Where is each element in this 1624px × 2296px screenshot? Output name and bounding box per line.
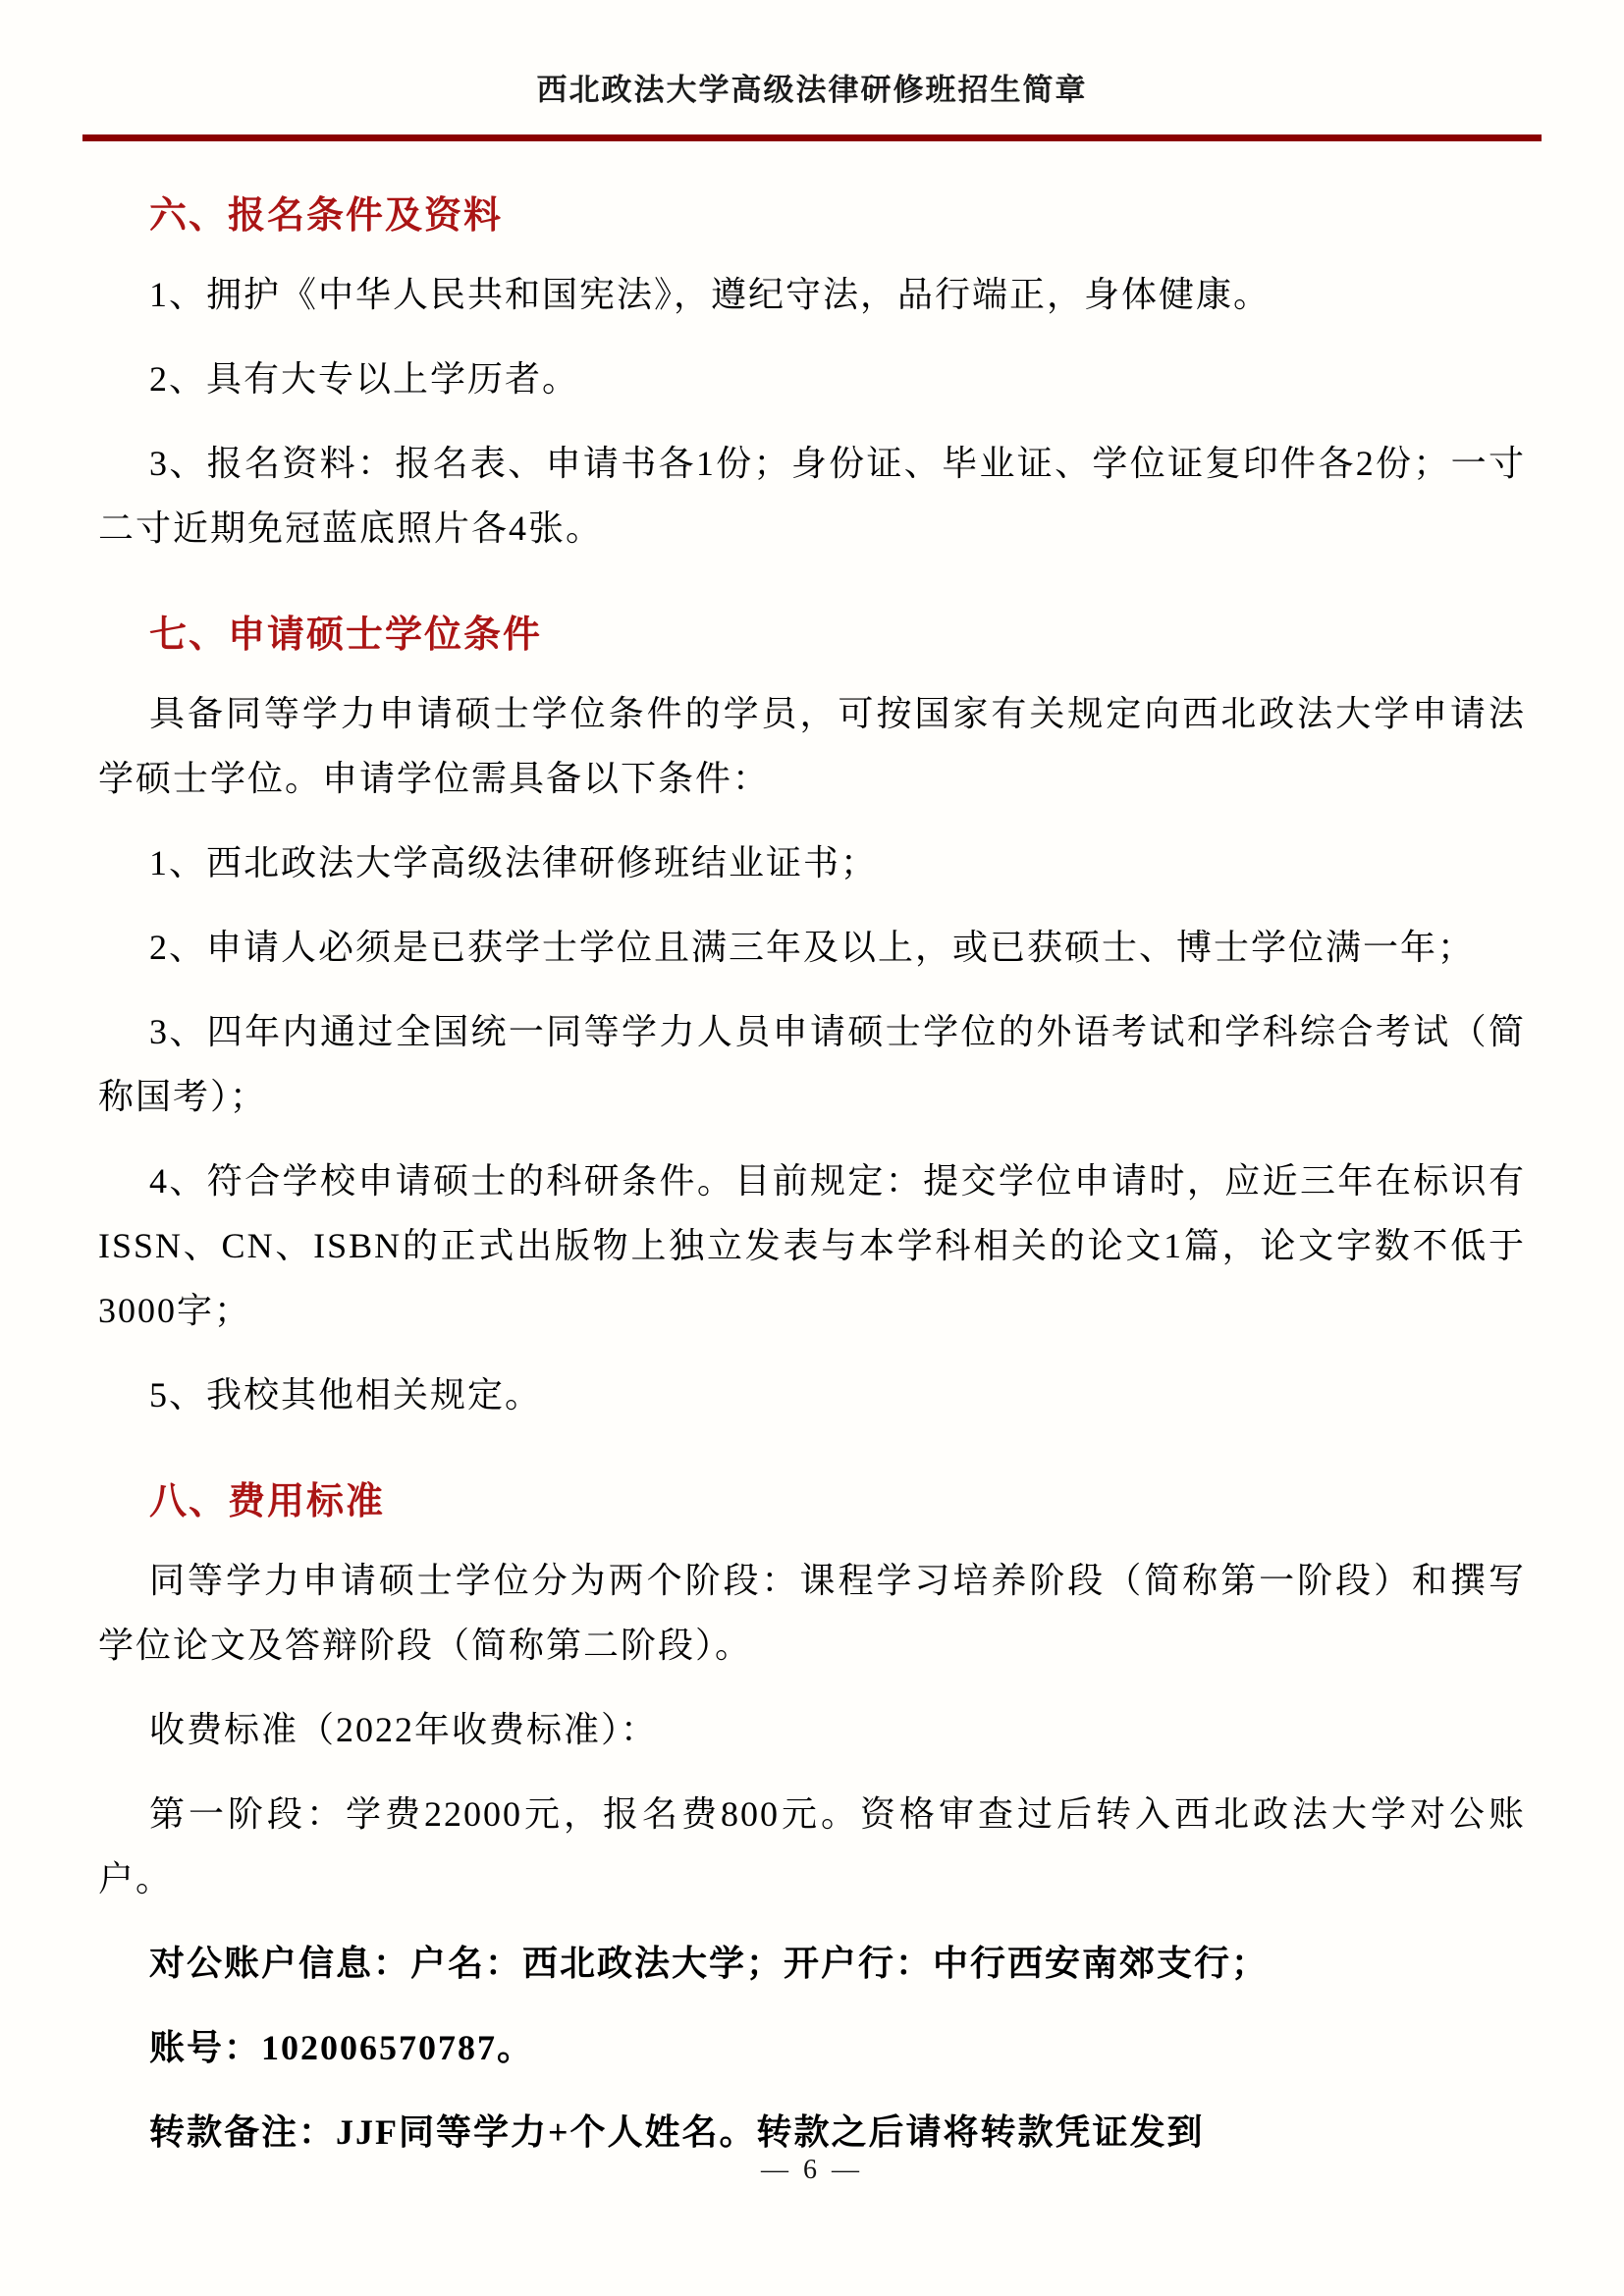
page-title: 西北政法大学高级法律研修班招生简章 xyxy=(0,0,1624,109)
paragraph: 5、我校其他相关规定。 xyxy=(98,1362,1526,1427)
paragraph: 2、具有大专以上学历者。 xyxy=(98,347,1526,411)
section-heading-masters-degree-conditions: 七、申请硕士学位条件 xyxy=(98,604,1526,658)
footer-page-number: — 6 — xyxy=(0,2155,1624,2186)
section-heading-fee-standard: 八、费用标准 xyxy=(98,1470,1526,1524)
paragraph: 收费标准（2022年收费标准）： xyxy=(98,1697,1526,1762)
paragraph: 具备同等学力申请硕士学位条件的学员，可按国家有关规定向西北政法大学申请法学硕士学… xyxy=(98,681,1526,811)
section-heading-application-requirements: 六、报名条件及资料 xyxy=(98,185,1526,239)
paragraph: 3、报名资料：报名表、申请书各1份；身份证、毕业证、学位证复印件各2份；一寸二寸… xyxy=(98,431,1526,561)
paragraph: 1、西北政法大学高级法律研修班结业证书； xyxy=(98,830,1526,895)
header-rule xyxy=(82,134,1542,141)
paragraph: 4、符合学校申请硕士的科研条件。目前规定：提交学位申请时，应近三年在标识有ISS… xyxy=(98,1148,1526,1343)
paragraph-account-number: 账号：102006570787。 xyxy=(98,2015,1526,2080)
paragraph: 同等学力申请硕士学位分为两个阶段：课程学习培养阶段（简称第一阶段）和撰写学位论文… xyxy=(98,1548,1526,1678)
paragraph: 1、拥护《中华人民共和国宪法》，遵纪守法，品行端正，身体健康。 xyxy=(98,262,1526,327)
paragraph: 第一阶段：学费22000元，报名费800元。资格审查过后转入西北政法大学对公账户… xyxy=(98,1782,1526,1911)
paragraph-account-info: 对公账户信息：户名：西北政法大学；开户行：中行西安南郊支行； xyxy=(98,1931,1526,1996)
paragraph: 2、申请人必须是已获学士学位且满三年及以上，或已获硕士、博士学位满一年； xyxy=(98,915,1526,980)
document-body: 六、报名条件及资料 1、拥护《中华人民共和国宪法》，遵纪守法，品行端正，身体健康… xyxy=(0,185,1624,2164)
paragraph: 3、四年内通过全国统一同等学力人员申请硕士学位的外语考试和学科综合考试（简称国考… xyxy=(98,999,1526,1129)
document-page: 西北政法大学高级法律研修班招生简章 六、报名条件及资料 1、拥护《中华人民共和国… xyxy=(0,0,1624,2296)
